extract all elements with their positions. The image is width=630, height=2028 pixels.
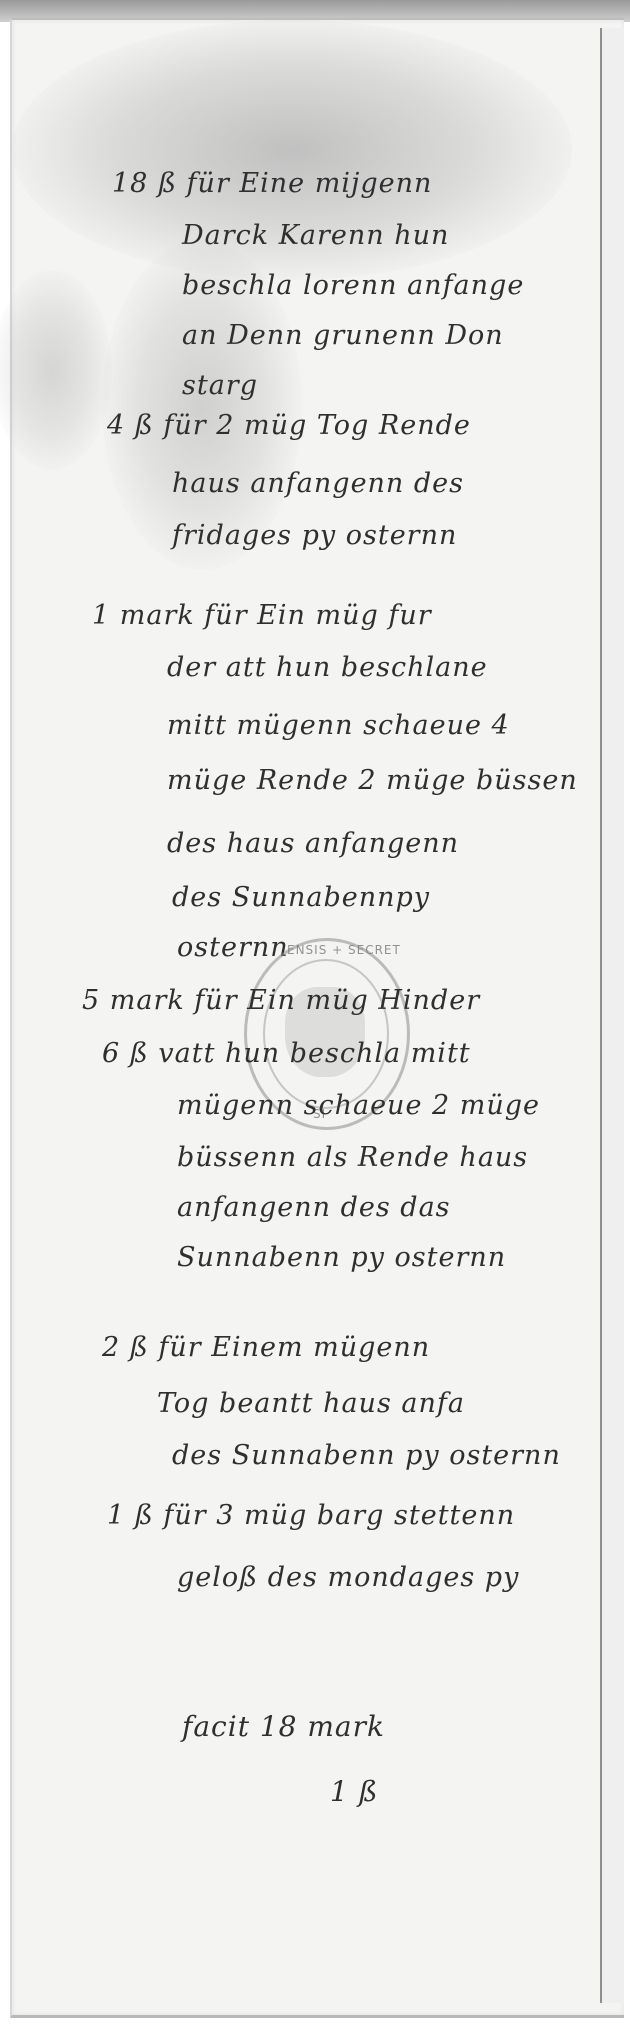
entry-line: Tog beantt haus anfa [157,1388,465,1419]
entry-line: 1 mark für Ein müg fur [92,600,432,631]
entry-line: an Denn grunenn Don [182,320,504,351]
entry-line: 1 ß für 3 müg barg stettenn [107,1500,515,1531]
entry-line: Darck Karenn hun [182,220,449,251]
entry-line: Sunnabenn py osternn [177,1242,506,1273]
entry-line: mitt mügenn schaeue 4 [167,710,510,741]
entry-line: der att hun beschlane [167,652,488,683]
entry-line: 5 mark für Ein müg Hinder [82,985,480,1016]
entry-line: osternn [177,932,289,963]
entry-line: haus anfangenn des [172,468,464,499]
page-fold-line [600,28,602,2003]
page-fold-margin [602,28,624,2003]
entry-line: geloß des mondages py [177,1562,519,1593]
total-line: facit 18 mark [182,1710,385,1743]
entry-line: mügenn schaeue 2 müge [177,1090,540,1121]
entry-line: anfangenn des das [177,1192,451,1223]
entry-line: starg [182,370,258,401]
entry-line: 6 ß vatt hun beschla mitt [102,1038,471,1069]
water-stain [0,270,112,470]
entry-line: des haus anfangenn [167,828,459,859]
entry-line: müge Rende 2 müge büssen [167,765,578,796]
entry-line: des Sunnabenn py osternn [172,1440,561,1471]
entry-line: des Sunnabennpy [172,882,430,913]
total-line: 1 ß [330,1775,378,1808]
seal-inscription: ENSIS + SECRET [287,943,401,957]
entry-line: fridages py osternn [172,520,457,551]
manuscript-page: 18 ß für Eine mijgenn Darck Karenn hun b… [10,18,624,2018]
entry-line: büssenn als Rende haus [177,1142,528,1173]
entry-line: 18 ß für Eine mijgenn [112,168,432,199]
entry-line: beschla lorenn anfange [182,270,524,301]
entry-line: 4 ß für 2 müg Tog Rende [107,410,471,441]
entry-line: 2 ß für Einem mügenn [102,1332,430,1363]
